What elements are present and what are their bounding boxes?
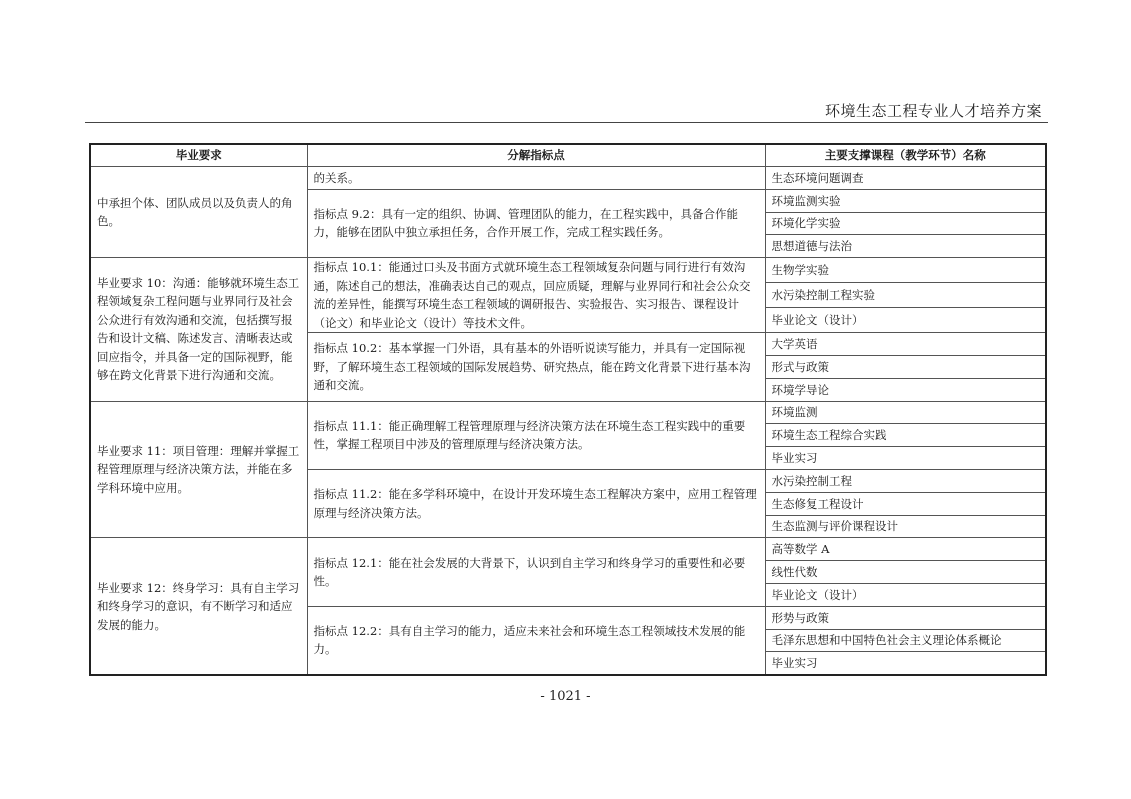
course-cell: 毕业实习 <box>765 447 1046 470</box>
course-cell: 环境学导论 <box>765 378 1046 401</box>
course-cell: 生态修复工程设计 <box>765 492 1046 515</box>
course-cell: 水污染控制工程 <box>765 469 1046 492</box>
table-row: 毕业要求 12：终身学习：具有自主学习和终身学习的意识，有不断学习和适应发展的能… <box>90 538 1046 561</box>
course-cell: 水污染控制工程实验 <box>765 283 1046 308</box>
indicator-cell: 指标点 12.2：具有自主学习的能力，适应未来社会和环境生态工程领域技术发展的能… <box>307 606 765 675</box>
header-indicator: 分解指标点 <box>307 144 765 167</box>
header-requirement: 毕业要求 <box>90 144 307 167</box>
requirement-cell: 毕业要求 10：沟通：能够就环境生态工程领域复杂工程问题与业界同行及社会公众进行… <box>90 258 307 401</box>
course-cell: 思想道德与法治 <box>765 235 1046 258</box>
requirement-cell: 中承担个体、团队成员以及负责人的角色。 <box>90 167 307 258</box>
indicator-cell: 指标点 10.2：基本掌握一门外语，具有基本的外语听说读写能力，并具有一定国际视… <box>307 333 765 401</box>
table-row: 毕业要求 10：沟通：能够就环境生态工程领域复杂工程问题与业界同行及社会公众进行… <box>90 258 1046 283</box>
course-cell: 环境化学实验 <box>765 212 1046 235</box>
course-cell: 毕业论文（设计） <box>765 308 1046 333</box>
indicator-cell: 的关系。 <box>307 167 765 190</box>
course-cell: 生态环境问题调查 <box>765 167 1046 190</box>
course-cell: 高等数学 A <box>765 538 1046 561</box>
indicator-cell: 指标点 10.1：能通过口头及书面方式就环境生态工程领域复杂问题与同行进行有效沟… <box>307 258 765 333</box>
indicator-cell: 指标点 9.2：具有一定的组织、协调、管理团队的能力，在工程实践中，具备合作能力… <box>307 189 765 257</box>
course-cell: 线性代数 <box>765 561 1046 584</box>
indicator-cell: 指标点 11.2：能在多学科环境中，在设计开发环境生态工程解决方案中，应用工程管… <box>307 469 765 537</box>
table-row: 毕业要求 11：项目管理：理解并掌握工程管理原理与经济决策方法，并能在多学科环境… <box>90 401 1046 424</box>
course-cell: 毕业论文（设计） <box>765 583 1046 606</box>
requirement-cell: 毕业要求 12：终身学习：具有自主学习和终身学习的意识，有不断学习和适应发展的能… <box>90 538 307 675</box>
course-cell: 大学英语 <box>765 333 1046 356</box>
page-number: - 1021 - <box>500 689 631 704</box>
running-header: 环境生态工程专业人才培养方案 <box>780 100 1042 121</box>
course-cell: 环境监测 <box>765 401 1046 424</box>
indicator-cell: 指标点 11.1：能正确理解工程管理原理与经济决策方法在环境生态工程实践中的重要… <box>307 401 765 469</box>
indicator-cell: 指标点 12.1：能在社会发展的大背景下，认识到自主学习和终身学习的重要性和必要… <box>307 538 765 606</box>
requirement-cell: 毕业要求 11：项目管理：理解并掌握工程管理原理与经济决策方法，并能在多学科环境… <box>90 401 307 538</box>
course-cell: 毛泽东思想和中国特色社会主义理论体系概论 <box>765 629 1046 652</box>
header-courses: 主要支撑课程（教学环节）名称 <box>765 144 1046 167</box>
graduation-requirements-table: 毕业要求 分解指标点 主要支撑课程（教学环节）名称 中承担个体、团队成员以及负责… <box>89 143 1047 676</box>
header-divider <box>85 122 1048 123</box>
course-cell: 形势与政策 <box>765 606 1046 629</box>
course-cell: 形式与政策 <box>765 355 1046 378</box>
course-cell: 毕业实习 <box>765 652 1046 675</box>
course-cell: 生态监测与评价课程设计 <box>765 515 1046 538</box>
table-header-row: 毕业要求 分解指标点 主要支撑课程（教学环节）名称 <box>90 144 1046 167</box>
course-cell: 生物学实验 <box>765 258 1046 283</box>
table-row: 中承担个体、团队成员以及负责人的角色。 的关系。 生态环境问题调查 <box>90 167 1046 190</box>
course-cell: 环境生态工程综合实践 <box>765 424 1046 447</box>
course-cell: 环境监测实验 <box>765 189 1046 212</box>
